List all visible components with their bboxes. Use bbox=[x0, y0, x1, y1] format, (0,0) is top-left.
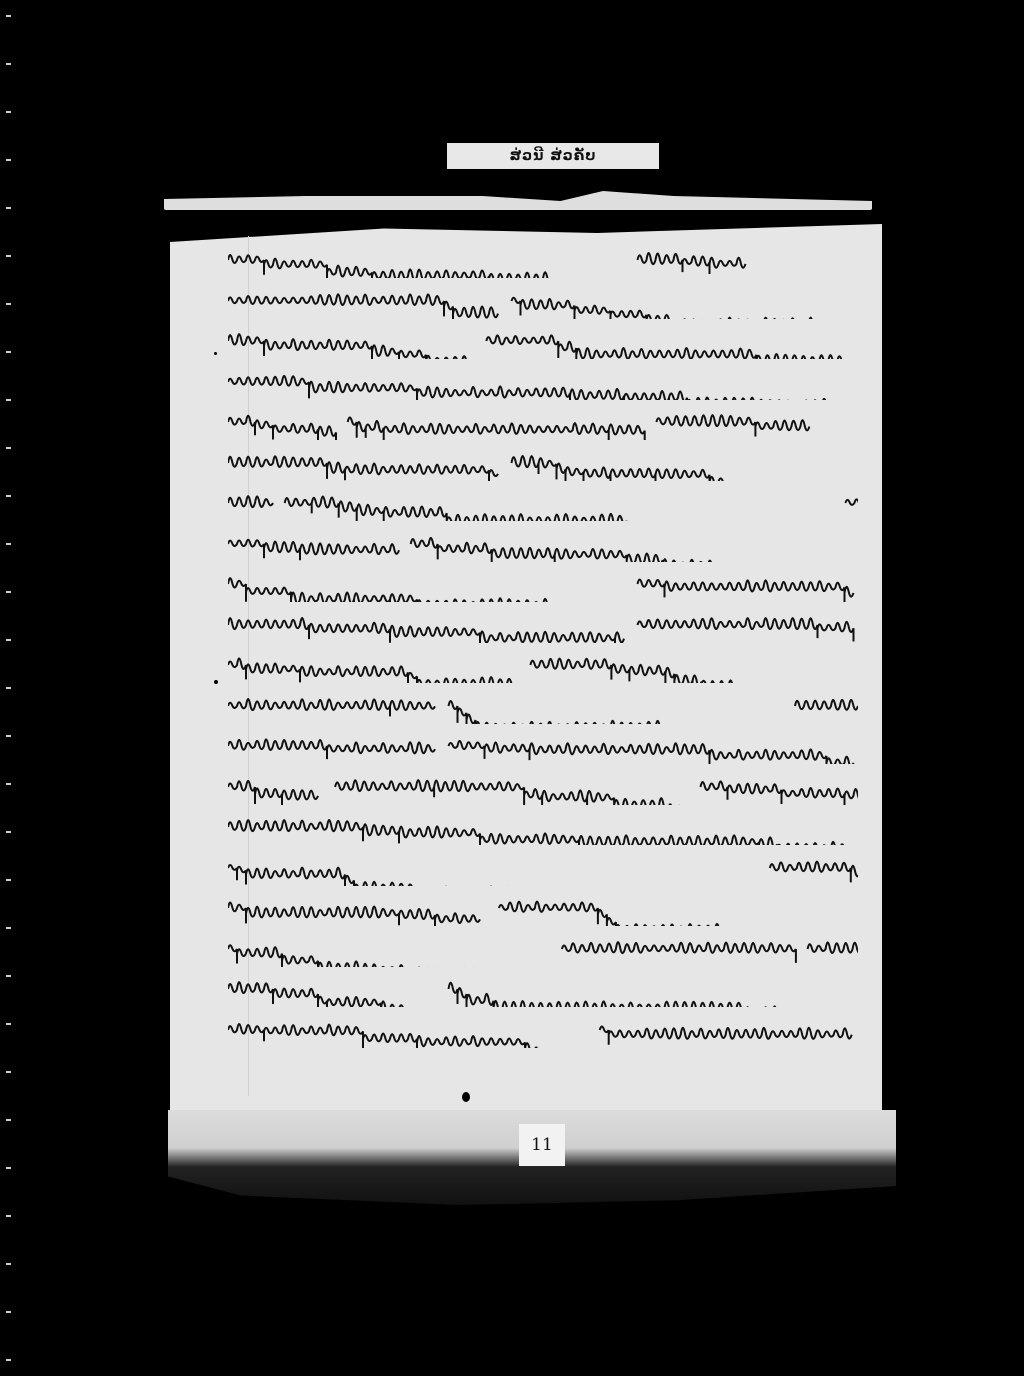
header-label: ສ່ວນີ ສ່ວຄັບ bbox=[447, 143, 659, 169]
script-line bbox=[228, 967, 858, 1008]
script-line bbox=[228, 724, 858, 765]
perforation-mark bbox=[6, 687, 11, 689]
script-line bbox=[228, 279, 858, 320]
perforation-mark bbox=[6, 159, 11, 161]
perforation-mark bbox=[6, 879, 11, 881]
perforation-mark bbox=[6, 447, 11, 449]
script-line bbox=[228, 441, 858, 482]
ink-dot bbox=[214, 680, 218, 684]
perforation-mark bbox=[6, 1263, 11, 1265]
perforation-mark bbox=[6, 591, 11, 593]
perforation-mark bbox=[6, 927, 11, 929]
ink-dot bbox=[214, 352, 217, 355]
perforation-mark bbox=[6, 1215, 11, 1217]
perforation-mark bbox=[6, 1023, 11, 1025]
script-line bbox=[228, 400, 858, 441]
perforation-mark bbox=[6, 975, 11, 977]
perforation-mark bbox=[6, 1119, 11, 1121]
perforation-mark bbox=[6, 831, 11, 833]
perforation-mark bbox=[6, 303, 11, 305]
perforation-mark bbox=[6, 15, 11, 17]
script-line bbox=[228, 643, 858, 684]
perforation-mark bbox=[6, 1311, 11, 1313]
perforation-mark bbox=[6, 351, 11, 353]
manuscript-text bbox=[228, 238, 858, 1048]
script-line bbox=[228, 846, 858, 887]
script-line bbox=[228, 684, 858, 725]
script-line bbox=[228, 238, 858, 279]
script-line bbox=[228, 927, 858, 968]
script-line bbox=[228, 360, 858, 401]
perforation-mark bbox=[6, 255, 11, 257]
perforation-mark bbox=[6, 111, 11, 113]
perforation-mark bbox=[6, 639, 11, 641]
page-number: 11 bbox=[519, 1124, 565, 1166]
script-line bbox=[228, 522, 858, 563]
script-line bbox=[228, 319, 858, 360]
script-line bbox=[228, 562, 858, 603]
previous-leaf-edge bbox=[164, 190, 872, 210]
perforation-mark bbox=[6, 1071, 11, 1073]
perforation-mark bbox=[6, 543, 11, 545]
perforation-mark bbox=[6, 1167, 11, 1169]
perforation-mark bbox=[6, 495, 11, 497]
script-line bbox=[228, 603, 858, 644]
ink-blot bbox=[462, 1092, 470, 1102]
script-line bbox=[228, 765, 858, 806]
script-line bbox=[228, 481, 858, 522]
script-line bbox=[228, 1008, 858, 1049]
perforation-mark bbox=[6, 783, 11, 785]
script-line bbox=[228, 886, 858, 927]
perforation-mark bbox=[6, 1359, 11, 1361]
script-line bbox=[228, 805, 858, 846]
perforation-mark bbox=[6, 207, 11, 209]
perforation-mark bbox=[6, 735, 11, 737]
film-perforation-marks bbox=[0, 0, 20, 1376]
perforation-mark bbox=[6, 399, 11, 401]
perforation-mark bbox=[6, 63, 11, 65]
